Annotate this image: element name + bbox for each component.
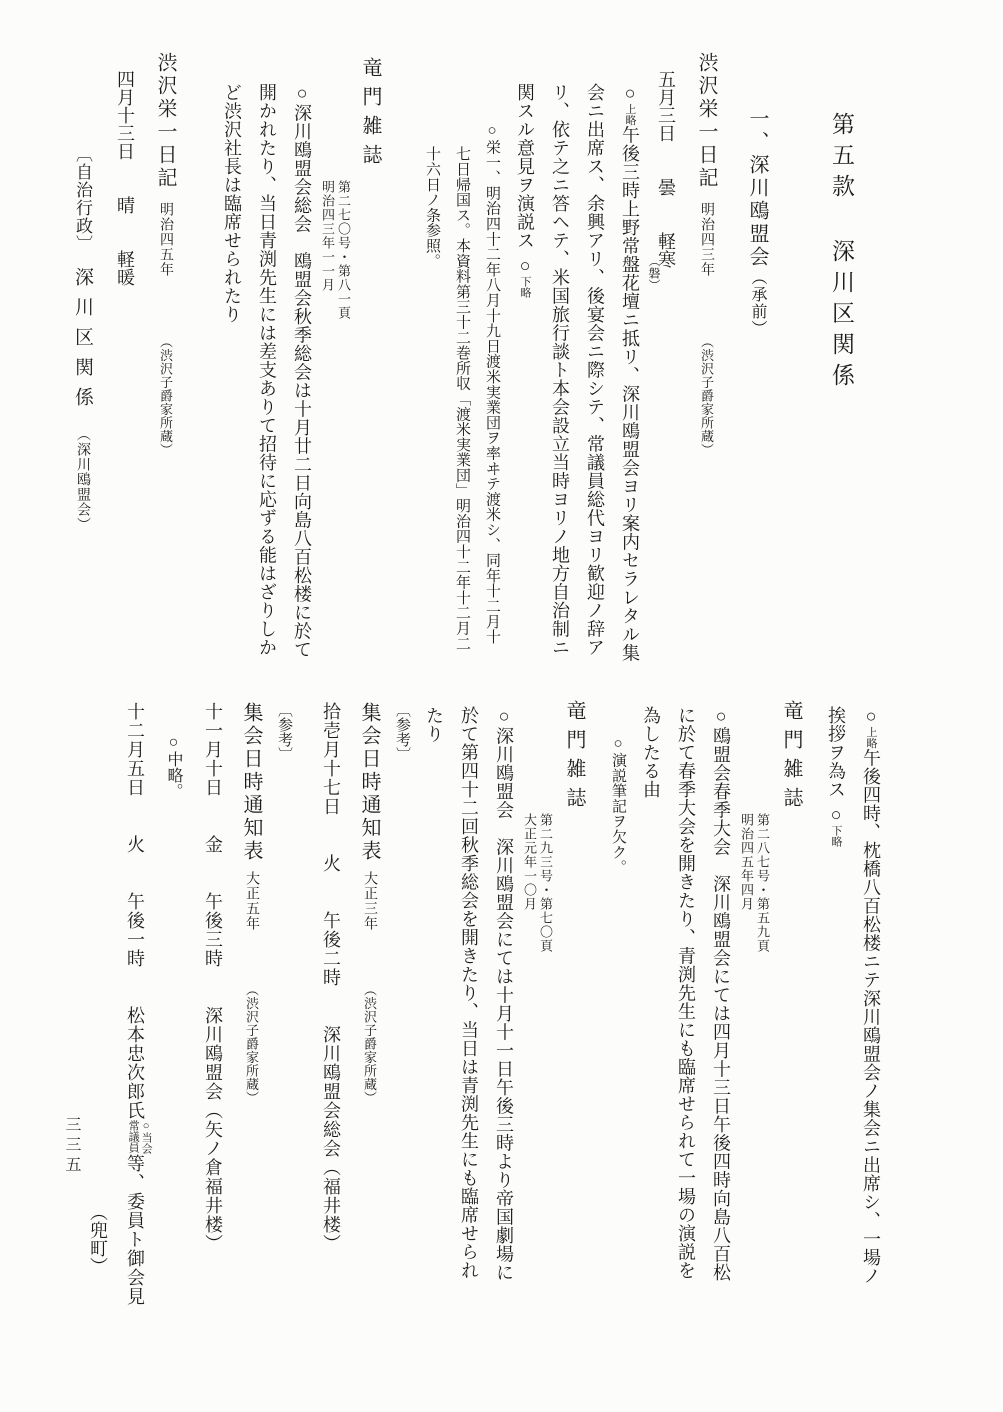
note-text: ○演説筆記ヲ欠ク。 <box>610 736 626 875</box>
source-holder: （渋沢子爵家所蔵） <box>362 983 377 1105</box>
gap <box>165 190 166 202</box>
body-line: たり <box>416 698 451 1388</box>
magazine-title: 竜門雑誌 <box>351 50 389 715</box>
subsection-title: 一、深川鴎盟会 <box>746 108 768 269</box>
source-holder: （渋沢子爵家所蔵） <box>158 335 173 457</box>
diary-date-line: 五月三日 曇 軽寒 <box>647 50 685 715</box>
magazine-title: 竜門雑誌 <box>555 698 593 1388</box>
diary-date: 四月十三日 晴 軽暖 <box>115 70 135 286</box>
ref-entry-line: 拾壱月十七日 火 午後二時 深川鴎盟会総会（福井楼） <box>312 698 350 1388</box>
gap <box>251 931 252 983</box>
source-holder: （渋沢子爵家所蔵） <box>699 335 714 457</box>
body-text: ど渋沢社長は臨席せられたり <box>222 83 242 324</box>
magazine-citation: 第二七〇号・第八一頁 明治四三年一一月 <box>319 50 351 715</box>
note-text: 七日帰国ス。本資料第三十二巻所収「渡米実業団」明治四十二年十二月二 <box>454 146 470 651</box>
omission-mark: ○ <box>620 83 640 104</box>
omission-mark: ○ <box>515 256 535 277</box>
gap <box>82 417 83 427</box>
section-title: 深川区関係 <box>829 239 854 394</box>
note-text: ○栄一、明治四十二年八月十九日渡米実業団ヲ率ヰテ渡米シ、同年十二月十 <box>484 123 500 644</box>
source-year: 明治四五年 <box>158 202 173 277</box>
body-text: に於て春季大会を開きたり、青渕先生にも臨席せられて一場の演説を <box>676 706 696 1280</box>
ref-label: 〔参考〕 <box>388 698 416 1388</box>
magazine-date: 明治四三年一一月 <box>319 180 335 715</box>
magazine-issue: 第二八七号・第五九頁 <box>754 813 770 1388</box>
ref-label-text: 〔参考〕 <box>276 702 292 762</box>
diary-date-line: 四月十三日 晴 軽暖 <box>106 50 144 715</box>
source-title: 渋沢栄一日記 <box>154 52 176 190</box>
section-heading: 第五款深川区関係 <box>819 50 863 715</box>
body-text: 午後四時、枕橋八百松楼ニテ深川鴎盟会ノ集会ニ出席シ、一場ノ <box>861 749 881 1286</box>
magazine-date: 明治四五年四月 <box>738 813 754 1388</box>
omission-note: 上略 <box>865 727 877 749</box>
side-heading-title: 深川区関係 <box>72 267 93 417</box>
magazine-title-text: 竜門雑誌 <box>780 700 802 816</box>
ref-title: 集会日時通知表 <box>240 702 262 863</box>
omission-line: ○中略。 <box>158 698 188 1388</box>
body-line: 於て第四十二回秋季総会を開きたり、当日は青渕先生にも臨席せられ <box>451 698 486 1388</box>
top-text-block: 第五款深川区関係 一、深川鴎盟会（承前） 渋沢栄一日記明治四三年（渋沢子爵家所蔵… <box>64 50 863 715</box>
warichu-left: 常議員 <box>126 1120 139 1154</box>
note-text: 十六日ノ条参照。 <box>424 146 440 268</box>
body-line: 為したる由 <box>633 698 668 1388</box>
body-line: 関スル意見ヲ演説ス○下略 <box>507 50 542 715</box>
omission-note: 下略 <box>830 825 842 847</box>
body-line: リ、依テ之ニ答ヘテ、米国旅行談ト本会設立当時ヨリノ地方自治制ニ <box>542 50 577 715</box>
gap <box>165 277 166 335</box>
body-line: ど渋沢社長は臨席せられたり <box>214 50 249 715</box>
body-text: 午後三時上野常盤 <box>620 126 640 274</box>
editor-note-line: 七日帰国ス。本資料第三十二巻所収「渡米実業団」明治四十二年十二月二 <box>447 50 477 715</box>
body-text: 於て第四十二回秋季総会を開きたり、当日は青渕先生にも臨席せられ <box>459 706 479 1280</box>
side-heading: 〔自治行政〕深川区関係（深川鴎盟会） <box>64 50 100 715</box>
body-line: 会ニ出席ス、余興アリ、後宴会ニ際シテ、常議員総代ヨリ歓迎ノ辞ア <box>577 50 612 715</box>
body-text: 花壇ニ抵リ、深川鴎盟会ヨリ案内セラレタル集 <box>620 274 640 663</box>
magazine-title-text: 竜門雑誌 <box>563 700 585 816</box>
body-line: 挨拶ヲ為ス○下略 <box>818 698 853 1388</box>
ref-heading-1916: 集会日時通知表大正五年（渋沢子爵家所蔵） <box>232 698 270 1388</box>
omission-note: ○中略。 <box>165 734 182 799</box>
editor-note-line: ○演説筆記ヲ欠ク。 <box>603 698 633 1388</box>
ref-entry-text: 十二月五日 火 午後一時 松本忠次郎氏 <box>125 702 145 1120</box>
source-heading-diary-1910: 渋沢栄一日記明治四三年（渋沢子爵家所蔵） <box>687 50 725 715</box>
subsection-heading: 一、深川鴎盟会（承前） <box>737 50 777 715</box>
side-heading-label: 〔自治行政〕 <box>73 145 92 253</box>
ref-entry-wrap: （兜町） <box>82 698 114 1388</box>
body-text: 開かれたり、当日青渕先生には差支ありて招待に応ずる能はざりしか <box>257 83 277 657</box>
ref-entry-line: 十一月十日 金 午後三時 深川鴎盟会（矢ノ倉福井楼） <box>194 698 232 1388</box>
body-text: ○深川鴎盟会総会 鴎盟会秋季総会は十月廿二日向島八百松楼に於て <box>292 83 312 659</box>
omission-mark: ○ <box>826 805 846 826</box>
magazine-citation: 第二八七号・第五九頁 明治四五年四月 <box>738 698 770 1388</box>
gap <box>706 190 707 202</box>
source-holder: （渋沢子爵家所蔵） <box>244 983 259 1105</box>
omission-note: 上略 <box>624 104 636 126</box>
ruby-annotation: （磐） <box>648 255 660 291</box>
ref-label: 〔参考〕 <box>270 698 298 1388</box>
body-text: たり <box>424 706 444 743</box>
ref-entry-text: （兜町） <box>88 1203 108 1275</box>
source-year: 明治四三年 <box>699 202 714 277</box>
diary-date: 五月三日 曇 軽寒 <box>656 70 676 268</box>
body-line: に於て春季大会を開きたり、青渕先生にも臨席せられて一場の演説を <box>668 698 703 1388</box>
body-line: ○深川鴎盟会総会 鴎盟会秋季総会は十月廿二日向島八百松楼に於て <box>284 50 319 715</box>
ref-heading-1914: 集会日時通知表大正三年（渋沢子爵家所蔵） <box>350 698 388 1388</box>
magazine-issue: 第二九三号・第七〇頁 <box>537 813 553 1388</box>
subsection-note: （承前） <box>749 269 766 337</box>
body-text: リ、依テ之ニ答ヘテ、米国旅行談ト本会設立当時ヨリノ地方自治制ニ <box>550 83 570 657</box>
source-heading-diary-1912: 渋沢栄一日記明治四五年（渋沢子爵家所蔵） <box>146 50 184 715</box>
magazine-date: 大正元年一〇月 <box>521 813 537 1388</box>
gap <box>369 931 370 983</box>
magazine-title: 竜門雑誌 <box>772 698 810 1388</box>
section-number: 第五款 <box>829 112 854 205</box>
body-text: ○鴎盟会春季大会 深川鴎盟会にては四月十三日午後四時向島八百松 <box>711 706 731 1282</box>
body-line: ○鴎盟会春季大会 深川鴎盟会にては四月十三日午後四時向島八百松 <box>703 698 738 1388</box>
ref-title: 集会日時通知表 <box>358 702 380 863</box>
body-line: ○深川鴎盟会 深川鴎盟会にては十月十一日午後三時より帝国劇場に <box>486 698 521 1388</box>
magazine-title-text: 竜門雑誌 <box>359 57 381 173</box>
magazine-citation: 第二九三号・第七〇頁 大正元年一〇月 <box>521 698 553 1388</box>
side-heading-note: （深川鴎盟会） <box>75 427 90 532</box>
warichu-right: ○当会 <box>139 1120 152 1154</box>
body-text: ○深川鴎盟会 深川鴎盟会にては十月十一日午後三時より帝国劇場に <box>494 706 514 1282</box>
ref-year: 大正五年 <box>244 871 259 931</box>
body-text: 為したる由 <box>641 706 661 799</box>
bottom-text-block: ○上略午後四時、枕橋八百松楼ニテ深川鴎盟会ノ集会ニ出席シ、一場ノ 挨拶ヲ為ス○下… <box>82 698 888 1388</box>
body-text: 挨拶ヲ為ス <box>826 706 846 799</box>
title-gap <box>841 205 842 239</box>
omission-note: 下略 <box>519 276 531 298</box>
editor-note-line: ○栄一、明治四十二年八月十九日渡米実業団ヲ率ヰテ渡米シ、同年十二月十 <box>477 50 507 715</box>
gap <box>369 863 370 871</box>
ref-entry-text: 十一月十日 金 午後三時 深川鴎盟会（矢ノ倉福井楼） <box>203 702 223 1253</box>
magazine-issue: 第二七〇号・第八一頁 <box>335 180 351 715</box>
warichu-note: ○当会常議員 <box>126 1120 152 1154</box>
ref-entry-text: 拾壱月十七日 火 午後二時 深川鴎盟会総会（福井楼） <box>321 702 341 1253</box>
ref-label-text: 〔参考〕 <box>394 702 410 762</box>
scanned-document-page: { "page": { "number": "三三五" }, "top": { … <box>0 0 1003 1412</box>
body-text: 関スル意見ヲ演説ス <box>515 83 535 250</box>
omission-mark: ○ <box>861 706 881 727</box>
editor-note-line: 十六日ノ条参照。 <box>417 50 447 715</box>
page-number: 三三五 <box>60 1116 83 1176</box>
ref-entry-text: 等、委員ト御会見 <box>125 1154 145 1306</box>
ref-year: 大正三年 <box>362 871 377 931</box>
gap <box>82 253 83 267</box>
body-line: ○上略午後四時、枕橋八百松楼ニテ深川鴎盟会ノ集会ニ出席シ、一場ノ <box>853 698 888 1388</box>
body-line: 開かれたり、当日青渕先生には差支ありて招待に応ずる能はざりしか <box>249 50 284 715</box>
body-line: ○上略午後三時上野常盤（磐）花壇ニ抵リ、深川鴎盟会ヨリ案内セラレタル集 <box>612 50 647 715</box>
gap <box>706 277 707 335</box>
ref-entry-line: 十二月五日 火 午後一時 松本忠次郎氏○当会常議員等、委員ト御会見 <box>116 698 154 1388</box>
body-text: 会ニ出席ス、余興アリ、後宴会ニ際シテ、常議員総代ヨリ歓迎ノ辞ア <box>585 83 605 657</box>
source-title: 渋沢栄一日記 <box>695 52 717 190</box>
gap <box>251 863 252 871</box>
